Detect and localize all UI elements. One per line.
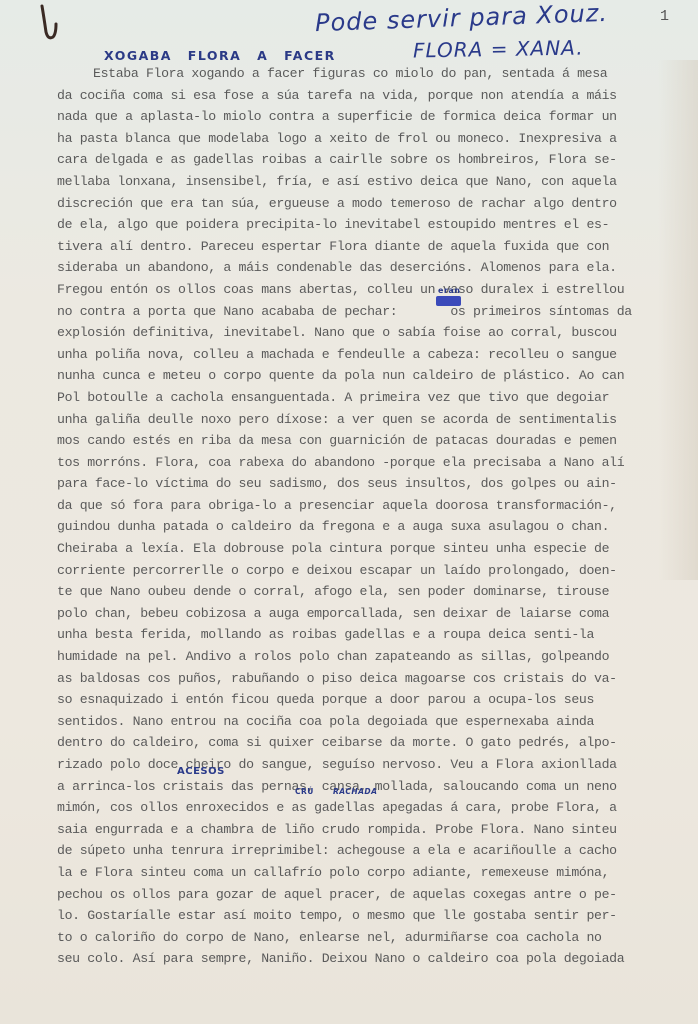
paperclip-mark-icon — [38, 4, 60, 44]
text-line: ha pasta blanca que modelaba logo a xeit… — [57, 128, 681, 150]
text-line: so esnaquizado i entón ficou queda porqu… — [57, 689, 681, 711]
text-line: rizado polo doce cheiro do sangue, seguí… — [57, 754, 681, 776]
text-line: sentidos. Nano entrou na cociña coa pola… — [57, 711, 681, 733]
text-line: saia engurrada e a chambra de liño crudo… — [57, 819, 681, 841]
text-line: mimón, cos ollos enroxecidos e as gadell… — [57, 797, 681, 819]
highlight-mark — [436, 296, 461, 306]
text-line: Fregou entón os ollos coas mans abertas,… — [57, 279, 681, 301]
annotation-rachada: RACHADA — [333, 787, 377, 796]
text-line: mellaba lonxana, insensibel, fría, e así… — [57, 171, 681, 193]
text-line: discreción que era tan súa, ergueuse a m… — [57, 193, 681, 215]
text-line: nada que a aplasta-lo miolo contra a sup… — [57, 106, 681, 128]
annotation-cru: CRÚ — [295, 787, 314, 796]
text-line: guindou dunha patada o caldeiro da frego… — [57, 516, 681, 538]
handwritten-title: XOGABA FLORA A FACER — [104, 48, 336, 63]
annotation-acesos: ACESOS — [177, 766, 225, 777]
text-line: Cheiraba a lexía. Ela dobrouse pola cint… — [57, 538, 681, 560]
typewritten-body: Estaba Flora xogando a facer figuras co … — [57, 63, 681, 970]
text-line: to o caloriño do corpo de Nano, enlearse… — [57, 927, 681, 949]
text-line: corriente percorrerlle o corpo e deixou … — [57, 560, 681, 582]
text-line: dentro do caldeiro, coma si quixer ceiba… — [57, 732, 681, 754]
handwritten-note-character: FLORA = XANA. — [413, 36, 584, 63]
text-line: humidade na pel. Andivo a rolos polo cha… — [57, 646, 681, 668]
text-line: no contra a porta que Nano acababa de pe… — [57, 301, 681, 323]
text-line: da cociña coma si esa fose a súa tarefa … — [57, 85, 681, 107]
text-line: lo. Gostaríalle estar así moito tempo, o… — [57, 905, 681, 927]
text-line: Estaba Flora xogando a facer figuras co … — [57, 63, 681, 85]
text-line: as baldosas cos puños, rabuñando o piso … — [57, 668, 681, 690]
text-line: sideraba un abandono, a máis condenable … — [57, 257, 681, 279]
text-line: tos morróns. Flora, coa rabexa do abando… — [57, 452, 681, 474]
handwritten-note: Pode servir para Xouz. — [315, 0, 609, 37]
text-line: da que só fora para obriga-lo a presenci… — [57, 495, 681, 517]
text-line: de súpeto unha tenrura irreprimibel: ach… — [57, 840, 681, 862]
text-line: Pol botoulle a cachola ensanguentada. A … — [57, 387, 681, 409]
text-line: unha poliña nova, colleu a machada e fen… — [57, 344, 681, 366]
text-line: para face-lo víctima do seu sadismo, dos… — [57, 473, 681, 495]
text-line: la e Flora sinteu coma un callafrío polo… — [57, 862, 681, 884]
annotation-eran: eran — [438, 286, 460, 295]
document-page: Pode servir para Xouz. FLORA = XANA. 1 X… — [0, 0, 698, 1024]
text-line: explosión definitiva, inevitabel. Nano q… — [57, 322, 681, 344]
text-line: nunha cunca e meteu o corpo quente da po… — [57, 365, 681, 387]
text-line: seu colo. Así para sempre, Naniño. Deixo… — [57, 948, 681, 970]
page-number: 1 — [660, 8, 669, 25]
text-line: mos cando estés en riba da mesa con guar… — [57, 430, 681, 452]
text-line: de ela, algo que poidera precipita-lo in… — [57, 214, 681, 236]
text-line: unha galiña deulle noxo pero díxose: a v… — [57, 409, 681, 431]
text-line: cara delgada e as gadellas roibas a cair… — [57, 149, 681, 171]
text-line: tivera alí dentro. Pareceu espertar Flor… — [57, 236, 681, 258]
text-line: polo chan, bebeu cobizosa a auga emporca… — [57, 603, 681, 625]
text-line: pechou os ollos para gozar de aquel prac… — [57, 884, 681, 906]
text-line: unha besta ferida, mollando as roibas ga… — [57, 624, 681, 646]
text-line: te que Nano oubeu dende o corral, afogo … — [57, 581, 681, 603]
